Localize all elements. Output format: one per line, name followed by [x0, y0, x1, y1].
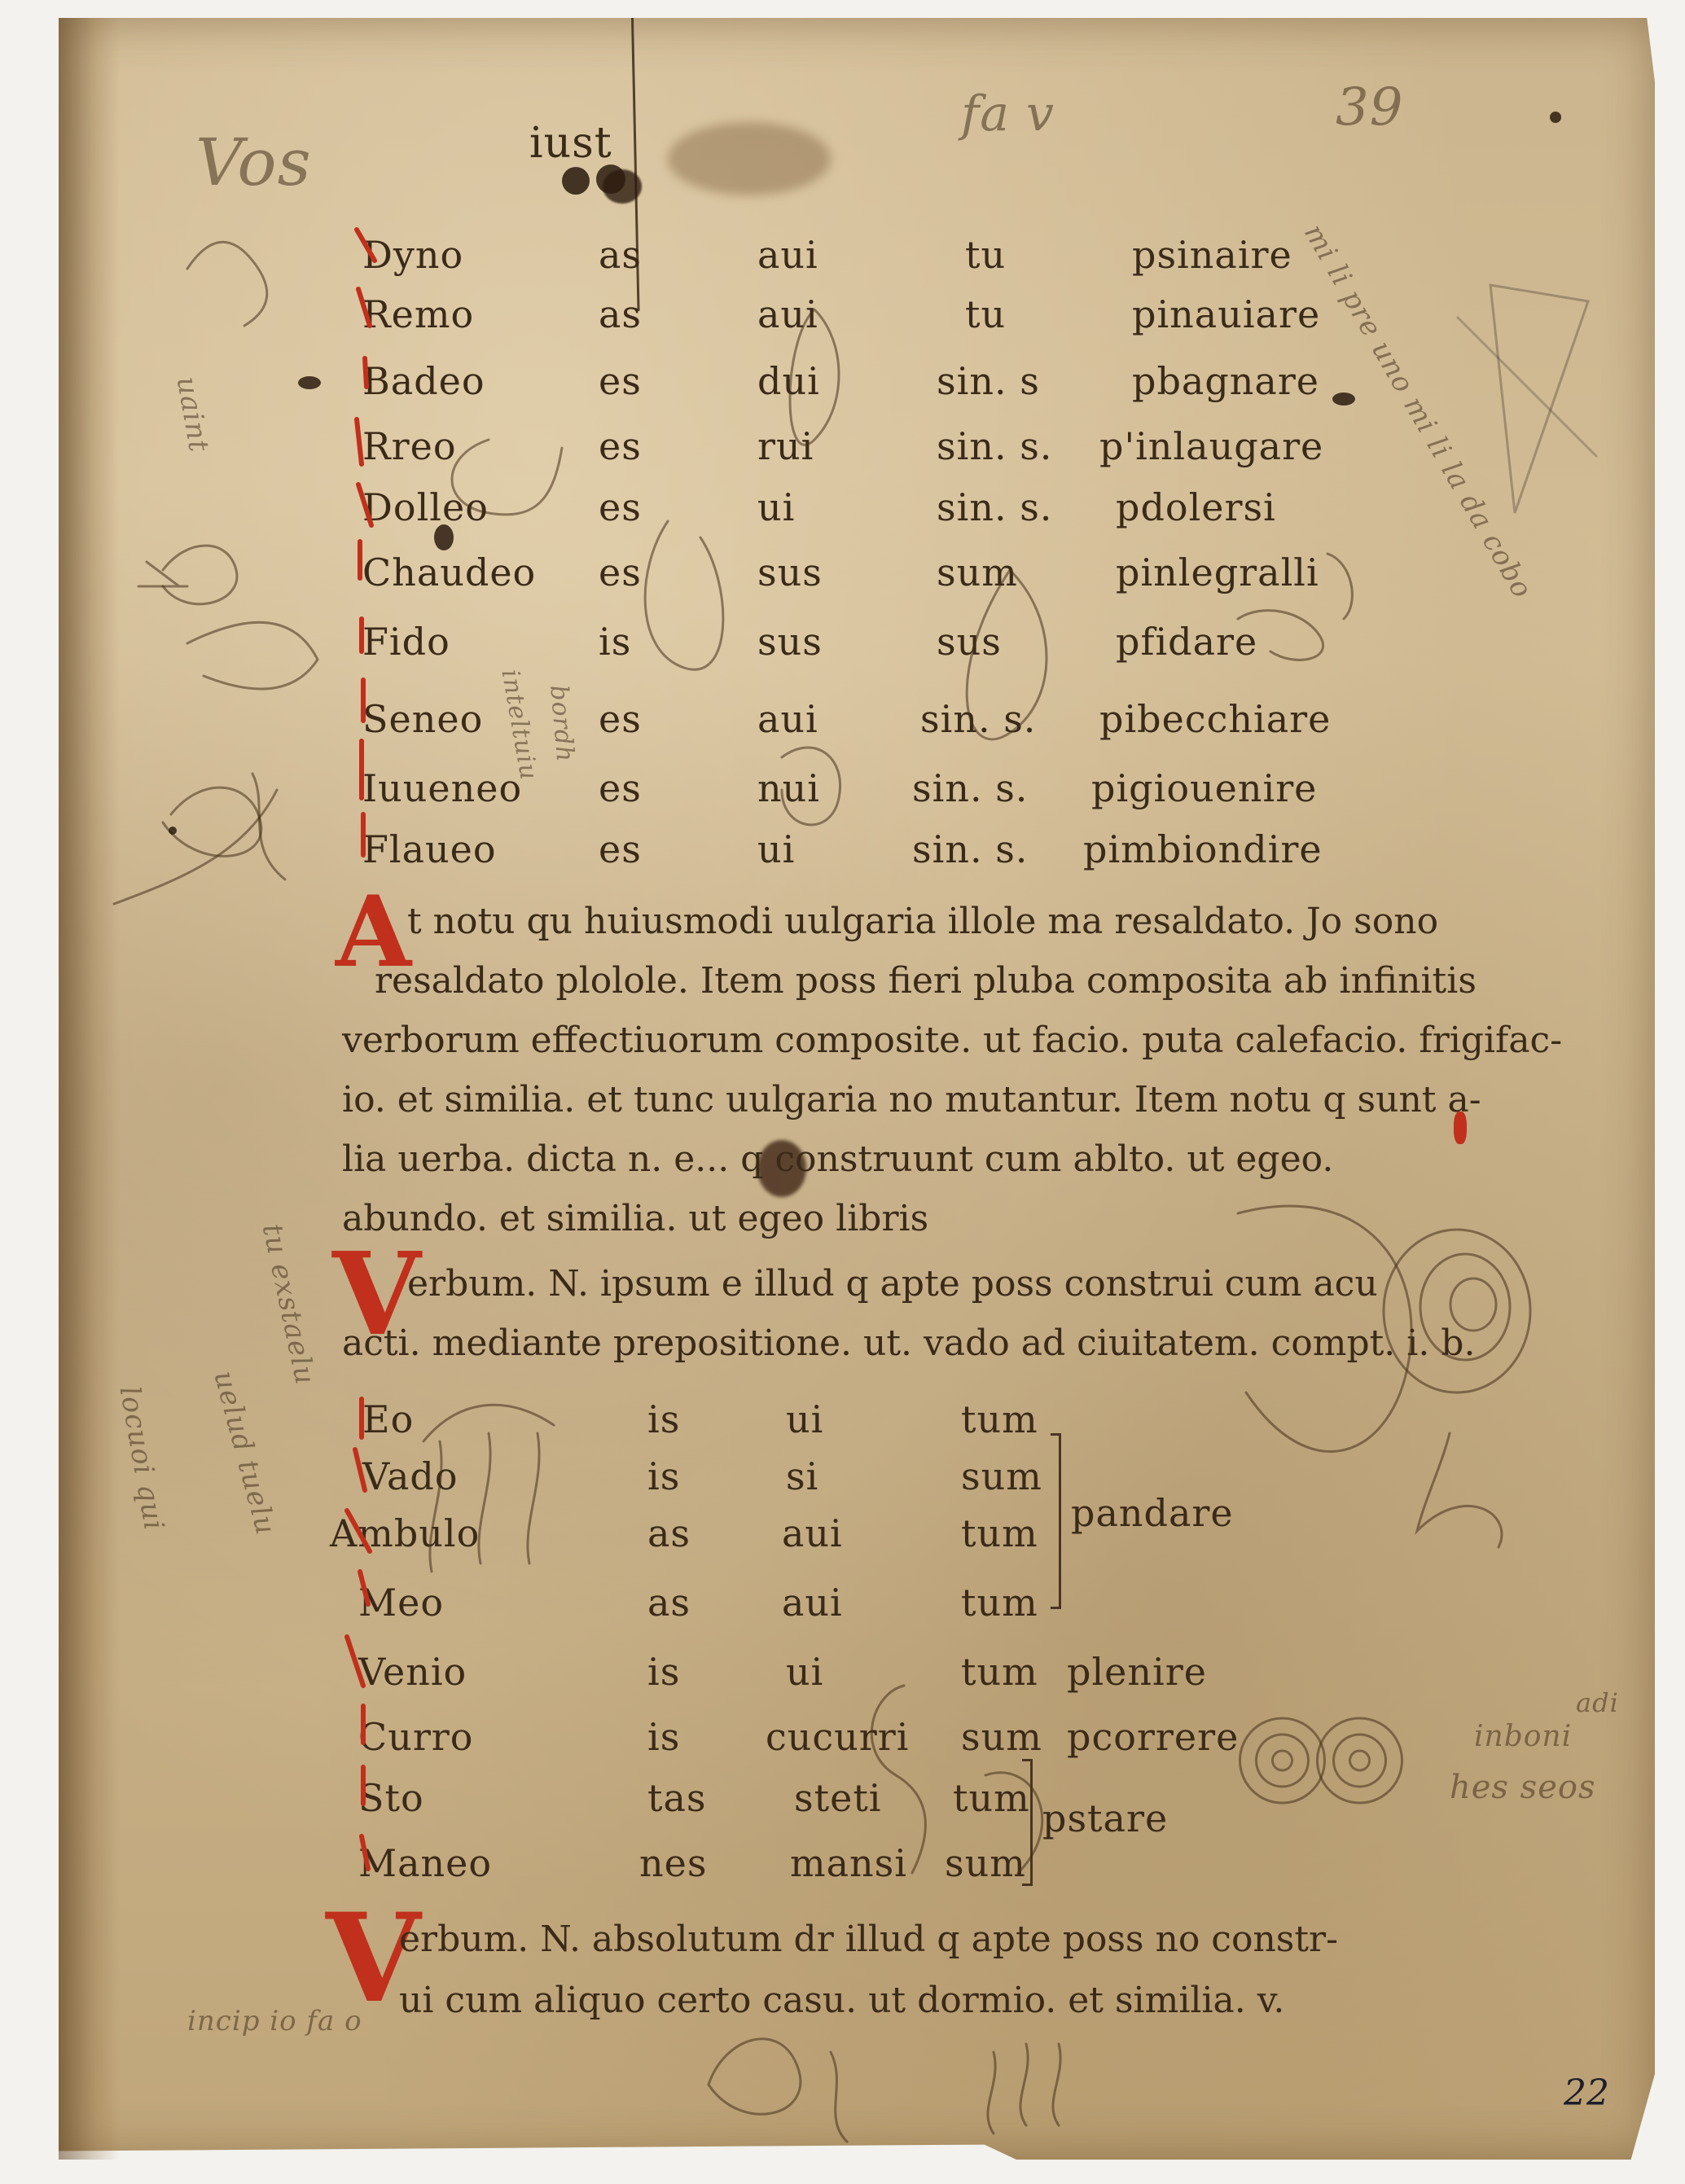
folio-number: 22 [1564, 2072, 1609, 2114]
paragraph-line: abundo. et similia. ut egeo libris [342, 1189, 928, 1248]
cell: tu [965, 296, 1006, 333]
gloss: pcorrere [1067, 1718, 1239, 1756]
cell: es [599, 770, 642, 807]
cell: cucurri [766, 1718, 909, 1756]
lemma: Ambulo [330, 1515, 480, 1552]
cell: ui [757, 489, 795, 526]
cell: ui [786, 1653, 823, 1691]
cell: is [647, 1653, 680, 1691]
paragraph-line: erbum. N. ipsum e illud q apte poss cons… [407, 1254, 1378, 1313]
gloss: plenire [1067, 1653, 1207, 1691]
lemma: Vado [362, 1458, 459, 1495]
gloss: pibecchiare [1099, 700, 1331, 738]
cell: as [647, 1515, 691, 1552]
grouping-bracket [1051, 1433, 1061, 1609]
cell: sin. s. [937, 428, 1052, 465]
cell: ui [786, 1401, 823, 1438]
cell: aui [757, 700, 818, 738]
lemma: Meo [358, 1584, 444, 1621]
cell: tu [965, 236, 1006, 274]
cell: aui [757, 236, 818, 274]
lemma: Curro [358, 1718, 474, 1756]
paragraph-line: ui cum aliquo certo casu. ut dormio. et … [399, 1971, 1284, 2030]
cell: sin. s. [920, 700, 1036, 738]
cell: es [599, 428, 642, 465]
lemma: Venio [358, 1653, 467, 1691]
lemma: Remo [362, 296, 474, 333]
cell: sus [757, 554, 823, 591]
gloss: p'inlaugare [1099, 428, 1323, 465]
cell: mansi [790, 1844, 907, 1882]
gloss: pbagnare [1132, 362, 1319, 400]
pen-trial: fa v [961, 90, 1055, 138]
cell: steti [794, 1779, 882, 1817]
cell: es [599, 831, 642, 868]
cell: sin. s. [937, 489, 1052, 526]
cell: sus [937, 623, 1002, 660]
cell: es [599, 362, 642, 400]
ink-blot [562, 167, 590, 195]
cell: ui [757, 831, 795, 868]
gloss: psinaire [1132, 236, 1292, 274]
lemma: Chaudeo [362, 554, 536, 591]
marginal-note: hes seos [1450, 1771, 1595, 1804]
marginal-note: incip io fa o [187, 2007, 362, 2035]
gloss: pinauiare [1132, 296, 1320, 333]
lemma: Dolleo [362, 489, 489, 526]
water-stain [668, 122, 831, 195]
cell: tum [961, 1584, 1038, 1621]
cell: aui [757, 296, 818, 333]
lemma: Dyno [362, 236, 463, 274]
paragraph-line: io. et similia. et tunc uulgaria no muta… [342, 1070, 1481, 1129]
cell: aui [782, 1584, 843, 1621]
ink-blot [603, 169, 642, 204]
lemma: Eo [362, 1401, 414, 1438]
lemma: Seneo [362, 700, 483, 738]
lemma: Badeo [362, 362, 485, 400]
grouping-bracket [1022, 1759, 1033, 1886]
lemma: Sto [358, 1779, 424, 1817]
paragraph-line: acti. mediante prepositione. ut. vado ad… [342, 1313, 1475, 1373]
lemma: Iuueneo [362, 770, 522, 807]
cell: sin. s [937, 362, 1040, 400]
marginal-note-vos: Vos [195, 130, 312, 195]
marginal-note: inboni [1474, 1722, 1572, 1752]
paragraph-line: verborum effectiuorum composite. ut faci… [342, 1011, 1562, 1070]
paragraph-line: t notu qu huiusmodi uulgaria illole ma r… [407, 892, 1438, 951]
gloss: pfidare [1116, 623, 1257, 660]
cell: sum [937, 554, 1018, 591]
paragraph-line: resaldato plolole. Item poss fieri pluba… [375, 951, 1477, 1011]
cell: sum [961, 1458, 1042, 1495]
cell: as [647, 1584, 691, 1621]
bracket-gloss: pstare [1042, 1800, 1168, 1837]
cell: sum [961, 1718, 1042, 1756]
cell: is [647, 1458, 680, 1495]
paragraph-line: erbum. N. absolutum dr illud q apte poss… [399, 1910, 1338, 1969]
cell: dui [757, 362, 820, 400]
cell: is [647, 1401, 680, 1438]
cell: is [647, 1718, 680, 1756]
cell: sin. s. [912, 770, 1028, 807]
cell: is [599, 623, 631, 660]
cell: es [599, 489, 642, 526]
cell: as [599, 236, 642, 274]
cell: es [599, 700, 642, 738]
cell: sum [945, 1844, 1026, 1882]
gloss: pdolersi [1116, 489, 1276, 526]
lemma: Flaueo [362, 831, 497, 868]
gloss: pinlegralli [1116, 554, 1319, 591]
cell: nui [757, 770, 820, 807]
marginal-note: bordh [546, 684, 577, 763]
paragraph-line: lia uerba. dicta n. e... q construunt cu… [342, 1129, 1333, 1189]
gloss: pimbiondire [1083, 831, 1323, 868]
cell: tum [961, 1653, 1038, 1691]
cell: sus [757, 623, 823, 660]
cell: es [599, 554, 642, 591]
binding-gutter [59, 18, 120, 2160]
marginal-note-iust: iust [529, 122, 612, 164]
lemma: Fido [362, 623, 450, 660]
lemma: Maneo [358, 1844, 492, 1882]
cell: nes [639, 1844, 707, 1882]
cell: tum [961, 1401, 1038, 1438]
cell: tas [647, 1779, 707, 1817]
cell: as [599, 296, 642, 333]
gloss: pigiouenire [1091, 770, 1317, 807]
lemma: Rreo [362, 428, 457, 465]
marginal-note: adi [1576, 1690, 1619, 1716]
cell: aui [782, 1515, 843, 1552]
cell: si [786, 1458, 818, 1495]
cell: tum [961, 1515, 1038, 1552]
cell: tum [953, 1779, 1030, 1817]
bracket-gloss: pandare [1071, 1494, 1234, 1532]
cell: sin. s. [912, 831, 1028, 868]
old-folio-number: 39 [1336, 81, 1403, 134]
cell: rui [757, 428, 814, 465]
